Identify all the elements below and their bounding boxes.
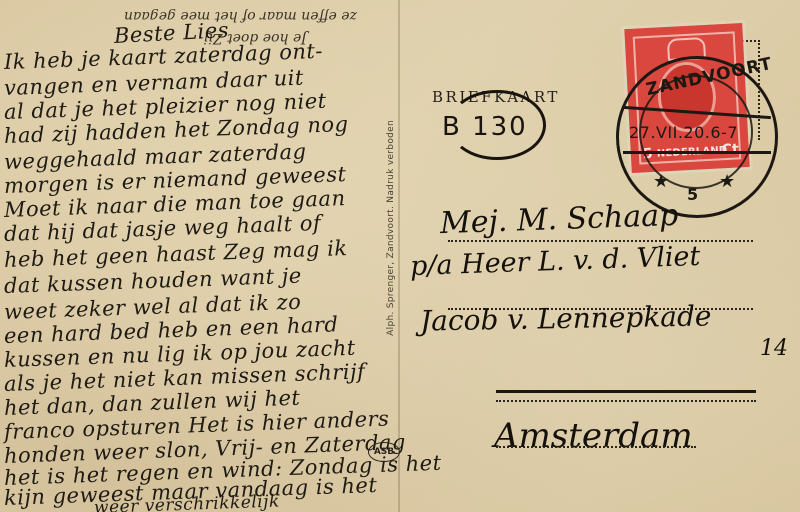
address-line-3: Jacob v. Lennepkade [420,299,712,337]
postcard: ze effen maar of het mee gegaan Je hoe d… [0,0,800,512]
publisher-imprint: Alph. Sprenger, Zandvoort. Nadruk verbod… [386,120,396,336]
postmark-bar [623,151,771,154]
address-city: Amsterdam [494,416,693,456]
postmark-date: 27.VII.20.6-7 [629,123,738,142]
address-dotted-line [448,240,753,242]
registration-mark: B 130 [440,110,540,150]
star-icon: ★ [653,171,669,192]
address-line-1: Mej. M. Schaap [439,198,678,241]
address-line-2: p/a Heer L. v. d. Vliet [410,241,701,282]
address-house-number: 14 [760,336,788,361]
publisher-logo: ASB [368,442,400,462]
star-icon: ★ [719,171,735,192]
address-dotted-line [496,400,756,402]
postmark-number: 5 [687,185,698,204]
address-dotted-line [496,446,696,448]
address-solid-line [496,390,756,393]
registration-text: B 130 [442,112,528,142]
postmark: ZANDVOORT 27.VII.20.6-7 ★ ★ 5 [616,56,778,218]
